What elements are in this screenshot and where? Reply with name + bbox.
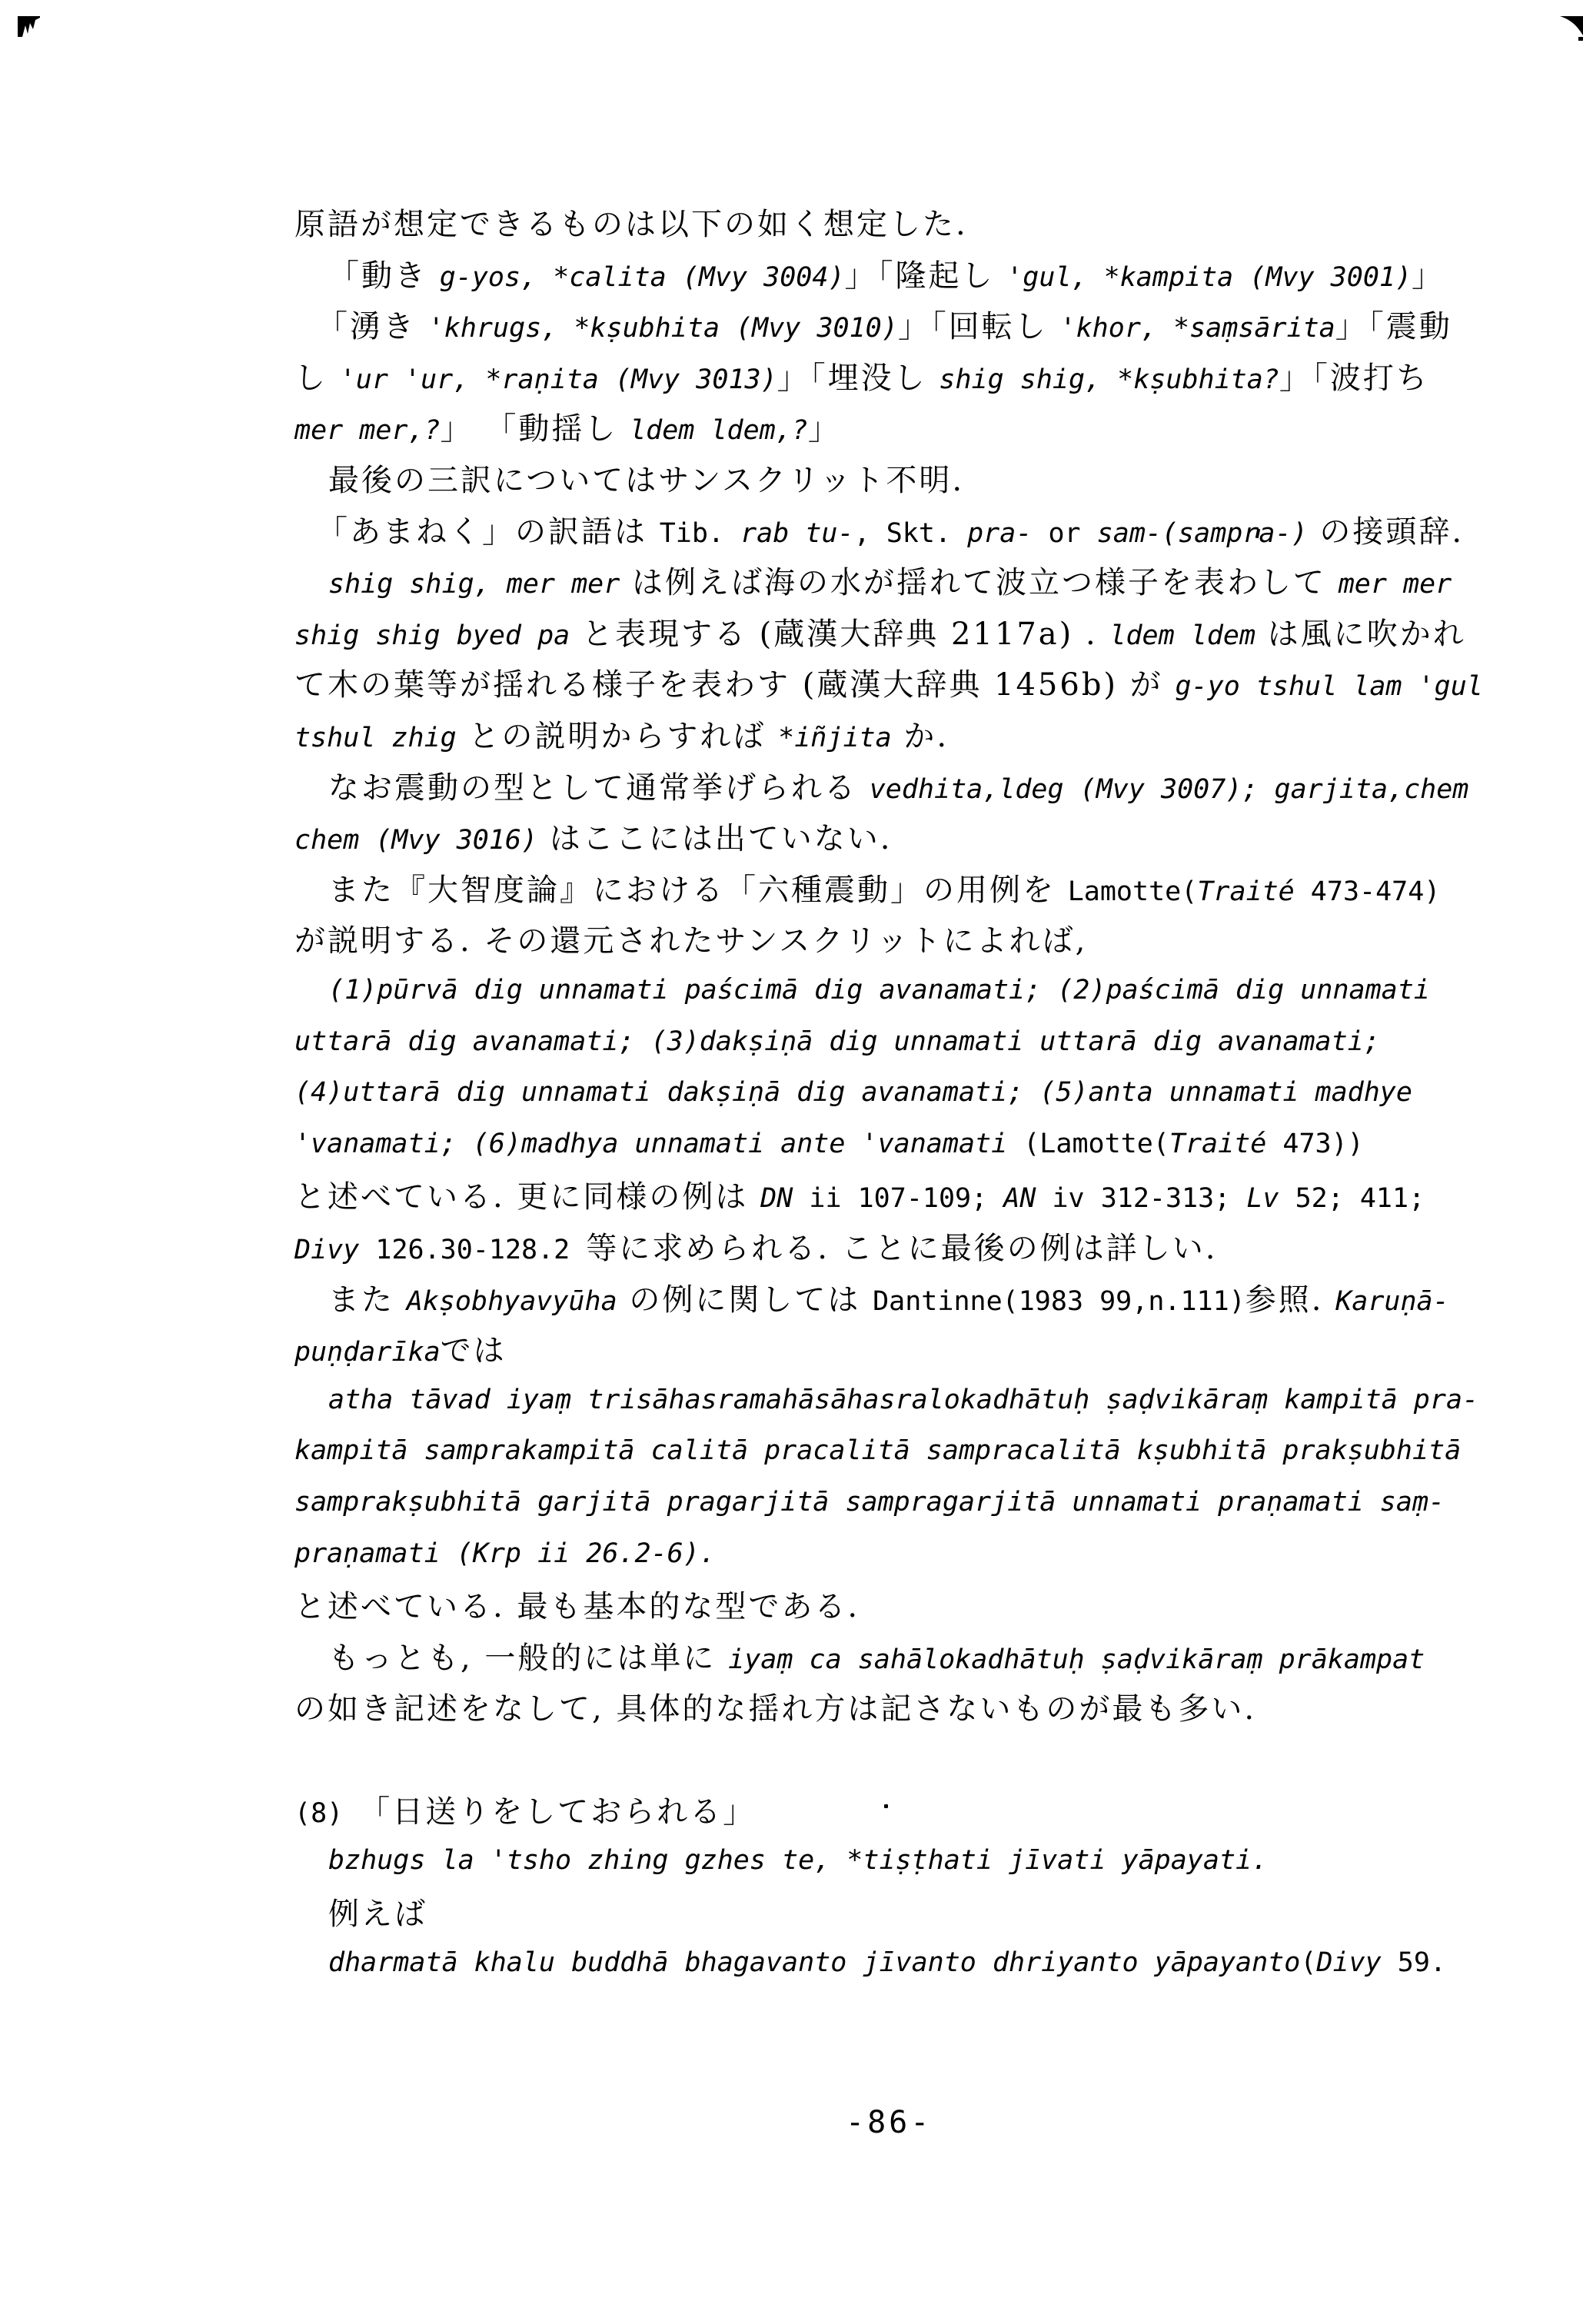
romanized-italic-text: Akṣobhyavyūha: [407, 1286, 617, 1317]
japanese-text: 「日送りをしておられる」: [359, 1794, 756, 1830]
scan-corner-mark-left: [18, 16, 40, 37]
japanese-text: 例えば: [328, 1897, 427, 1932]
romanized-italic-text: (1)pūrvā dig unnamati paścimā dig avanam…: [328, 975, 1430, 1006]
japanese-text: では: [441, 1333, 507, 1368]
japanese-text: し: [294, 361, 340, 396]
romanized-italic-text: mer mer,?: [294, 415, 441, 446]
text-line: 「あまねく」の訳語は Tib. rab tu-, Skt. pra- or sa…: [317, 514, 1464, 550]
japanese-text: 「動き: [328, 258, 440, 294]
japanese-text: また『大智度論』における「六種震動」の用例を: [328, 873, 1068, 908]
text-line: mer mer,?」 「動揺し ldem ldem,?」: [294, 411, 841, 447]
romanized-italic-text: ldem ldem,?: [630, 415, 808, 446]
romanized-text: Dantinne(1983 99,n.111): [873, 1286, 1245, 1317]
romanized-text: , Skt.: [854, 518, 968, 549]
romanized-italic-text: g-yo tshul lam 'gul: [1175, 671, 1482, 702]
romanized-italic-text: AN: [1003, 1183, 1036, 1214]
text-line: と述べている. 最も基本的な型である.: [294, 1588, 860, 1625]
romanized-text: Tib.: [660, 518, 740, 549]
romanized-italic-text: shig shig byed pa: [294, 620, 570, 651]
text-line: shig shig, mer mer は例えば海の水が揺れて波立つ様子を表わして…: [328, 564, 1452, 601]
japanese-text: はここには出ていない.: [537, 821, 892, 856]
text-line: また Akṣobhyavyūha の例に関しては Dantinne(1983 9…: [328, 1282, 1449, 1318]
japanese-text: の接頭辞.: [1308, 514, 1464, 550]
scanned-document-page: 原語が想定できるものは以下の如く想定した.「動き g-yos, *calita …: [0, 0, 1583, 2324]
romanized-italic-text: rab tu-: [740, 518, 854, 549]
romanized-italic-text: uttarā dig avanamati; (3)dakṣiṇā dig unn…: [294, 1026, 1380, 1057]
text-line: (4)uttarā dig unnamati dakṣiṇā dig avana…: [294, 1076, 1412, 1109]
japanese-text: は例えば海の水が揺れて波立つ様子を表わして: [620, 565, 1338, 600]
romanized-text: 126.30-128.2: [359, 1235, 586, 1265]
romanized-italic-text: Karuṇā-: [1335, 1286, 1449, 1317]
text-line: もっとも, 一般的には単に iyaṃ ca sahālokadhātuḥ ṣaḍ…: [328, 1640, 1425, 1677]
japanese-text: もっとも, 一般的には単に: [328, 1641, 728, 1676]
text-line: 'vanamati; (6)madhya unnamati ante 'vana…: [294, 1128, 1364, 1160]
text-line: praṇamati (Krp ii 26.2-6).: [294, 1538, 716, 1570]
romanized-italic-text: vedhita,ldeg (Mvy 3007); garjita,chem: [870, 774, 1469, 805]
romanized-italic-text: Traité: [1197, 876, 1294, 907]
text-line: なお震動の型として通常挙げられる vedhita,ldeg (Mvy 3007)…: [328, 770, 1468, 806]
romanized-italic-text: 'gul, *kampita (Mvy 3001): [1006, 262, 1412, 293]
japanese-text: また: [328, 1282, 407, 1318]
japanese-text: が説明する. その還元されたサンスクリットによれば,: [294, 923, 1087, 959]
romanized-italic-text: DN: [760, 1183, 793, 1214]
japanese-text: と述べている. 更に同様の例は: [294, 1179, 760, 1215]
scan-speck: [1578, 37, 1583, 41]
romanized-text: 52; 411;: [1279, 1183, 1425, 1214]
japanese-text: 」「回転し: [898, 309, 1060, 344]
romanized-italic-text: iyaṃ ca sahālokadhātuḥ ṣaḍvikāraṃ prākam…: [728, 1644, 1425, 1675]
text-line: 「湧き 'khrugs, *kṣubhita (Mvy 3010)」「回転し '…: [317, 308, 1452, 345]
text-line: の如き記述をなして, 具体的な揺れ方は記さないものが最も多い.: [294, 1691, 1256, 1727]
romanized-italic-text: g-yos, *calita (Mvy 3004): [440, 262, 845, 293]
romanized-text: ii 107-109;: [793, 1183, 1003, 1214]
japanese-text: 」: [1412, 258, 1445, 294]
japanese-text: 等に求められる. ことに最後の例は詳しい.: [586, 1231, 1217, 1266]
text-line: また『大智度論』における「六種震動」の用例を Lamotte(Traité 47…: [328, 872, 1440, 909]
romanized-text: (: [1300, 1947, 1316, 1978]
romanized-italic-text: Divy: [1316, 1947, 1381, 1978]
romanized-italic-text: tshul zhig: [294, 723, 457, 753]
romanized-italic-text: kampitā samprakampitā calitā pracalitā s…: [294, 1435, 1461, 1466]
scan-speck: [884, 1804, 888, 1808]
romanized-italic-text: puṇḍarīka: [294, 1337, 441, 1368]
romanized-italic-text: dharmatā khalu buddhā bhagavanto jīvanto…: [328, 1947, 1300, 1978]
japanese-text: は風に吹かれ: [1255, 617, 1466, 652]
text-line: と述べている. 更に同様の例は DN ii 107-109; AN iv 312…: [294, 1179, 1425, 1215]
section-heading: (8) 「日送りをしておられる」: [294, 1794, 756, 1830]
romanized-text: or: [1032, 518, 1096, 549]
japanese-text: 参照.: [1245, 1282, 1335, 1318]
romanized-italic-text: praṇamati (Krp ii 26.2-6).: [294, 1538, 716, 1569]
page-number: -86-: [846, 2105, 932, 2140]
japanese-text: て木の葉等が揺れる様子を表わす (蔵漢大辞典 1456b) が: [294, 667, 1175, 703]
romanized-text: 473-474): [1295, 876, 1441, 907]
romanized-italic-text: *iñjita: [778, 723, 892, 753]
romanized-italic-text: 'vanamati; (6)madhya unnamati ante 'vana…: [294, 1129, 1023, 1159]
text-line: shig shig byed pa と表現する (蔵漢大辞典 2117a) . …: [294, 616, 1466, 653]
text-line: (1)pūrvā dig unnamati paścimā dig avanam…: [328, 974, 1430, 1006]
japanese-text: と述べている. 最も基本的な型である.: [294, 1589, 860, 1624]
text-line: 「動き g-yos, *calita (Mvy 3004)」「隆起し 'gul,…: [328, 258, 1445, 294]
romanized-italic-text: (4)uttarā dig unnamati dakṣiṇā dig avana…: [294, 1077, 1412, 1108]
text-line: kampitā samprakampitā calitā pracalitā s…: [294, 1435, 1461, 1467]
romanized-italic-text: sam-(sampra-): [1097, 518, 1308, 549]
text-line: 原語が想定できるものは以下の如く想定した.: [294, 206, 968, 243]
text-line: uttarā dig avanamati; (3)dakṣiṇā dig unn…: [294, 1026, 1380, 1058]
romanized-italic-text: 'ur 'ur, *raṇita (Mvy 3013): [340, 364, 777, 395]
text-line: て木の葉等が揺れる様子を表わす (蔵漢大辞典 1456b) が g-yo tsh…: [294, 667, 1483, 703]
romanized-italic-text: 'khor, *saṃsārita: [1060, 313, 1335, 344]
text-line: Divy 126.30-128.2 等に求められる. ことに最後の例は詳しい.: [294, 1230, 1217, 1267]
romanized-text: 473)): [1266, 1129, 1363, 1159]
japanese-text: 」「埋没し: [777, 361, 939, 396]
text-line: bzhugs la 'tsho zhing gzhes te, *tiṣṭhat…: [328, 1844, 1268, 1877]
japanese-text: 原語が想定できるものは以下の如く想定した.: [294, 207, 968, 242]
text-line: し 'ur 'ur, *raṇita (Mvy 3013)」「埋没し shig …: [294, 360, 1429, 397]
japanese-text: 最後の三訳についてはサンスクリット不明.: [328, 463, 964, 498]
text-line: chem (Mvy 3016) はここには出ていない.: [294, 820, 893, 857]
japanese-text: との説明からすれば: [457, 719, 778, 754]
romanized-italic-text: Lv: [1246, 1183, 1279, 1214]
japanese-text: 」「震動: [1335, 309, 1452, 344]
romanized-italic-text: shig shig, mer mer: [328, 569, 620, 600]
text-line: atha tāvad iyaṃ trisāhasramahāsāhasralok…: [328, 1384, 1478, 1416]
romanized-italic-text: atha tāvad iyaṃ trisāhasramahāsāhasralok…: [328, 1385, 1478, 1415]
romanized-italic-text: Divy: [294, 1235, 359, 1265]
text-line: 例えば: [328, 1896, 427, 1933]
romanized-text: Lamotte(: [1068, 876, 1198, 907]
romanized-italic-text: chem (Mvy 3016): [294, 825, 537, 856]
japanese-text: の如き記述をなして, 具体的な揺れ方は記さないものが最も多い.: [294, 1691, 1256, 1727]
romanized-italic-text: ldem ldem: [1109, 620, 1255, 651]
romanized-italic-text: 'khrugs, *kṣubhita (Mvy 3010): [428, 313, 898, 344]
japanese-text: か.: [892, 719, 949, 754]
japanese-text: 」: [808, 411, 841, 447]
romanized-italic-text: samprakṣubhitā garjitā pragarjitā sampra…: [294, 1487, 1445, 1518]
scan-artifacts: [0, 0, 1583, 46]
japanese-text: 」「波打ち: [1279, 361, 1429, 396]
romanized-italic-text: bzhugs la 'tsho zhing gzhes te, *tiṣṭhat…: [328, 1845, 1268, 1876]
japanese-text: の例に関しては: [617, 1282, 873, 1318]
romanized-italic-text: pra-: [967, 518, 1032, 549]
japanese-text: 「湧き: [317, 309, 428, 344]
text-line: tshul zhig との説明からすれば *iñjita か.: [294, 718, 949, 755]
romanized-italic-text: Traité: [1169, 1129, 1266, 1159]
text-line: puṇḍarīkaでは: [294, 1332, 507, 1369]
scan-corner-mark-right: [1560, 16, 1583, 35]
text-line: 最後の三訳についてはサンスクリット不明.: [328, 462, 964, 499]
romanized-text: 59.: [1382, 1947, 1446, 1978]
text-line: dharmatā khalu buddhā bhagavanto jīvanto…: [328, 1947, 1446, 1979]
text-line: samprakṣubhitā garjitā pragarjitā sampra…: [294, 1486, 1445, 1518]
text-line: が説明する. その還元されたサンスクリットによれば,: [294, 923, 1087, 959]
romanized-text: iv 312-313;: [1036, 1183, 1246, 1214]
japanese-text: 」 「動揺し: [441, 411, 630, 447]
japanese-text: 」「隆起し: [845, 258, 1007, 294]
japanese-text: なお震動の型として通常挙げられる: [328, 770, 870, 806]
romanized-text: (8): [294, 1798, 359, 1829]
romanized-italic-text: mer mer: [1339, 569, 1452, 600]
japanese-text: と表現する (蔵漢大辞典 2117a) .: [570, 617, 1109, 652]
romanized-text: (Lamotte(: [1023, 1129, 1169, 1159]
japanese-text: 「あまねく」の訳語は: [317, 514, 660, 550]
romanized-italic-text: shig shig, *kṣubhita?: [939, 364, 1279, 395]
